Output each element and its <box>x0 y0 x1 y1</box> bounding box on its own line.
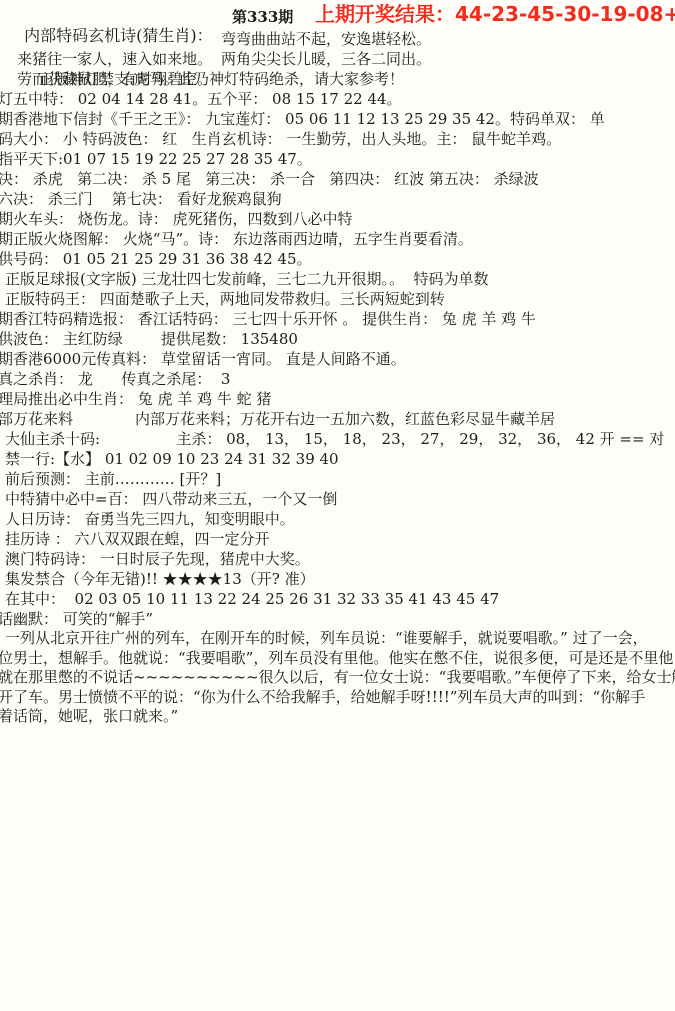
tip-line-huochetou: 期火车头： 烧伤龙。诗： 虎死猪伤，四数到八必中特 <box>0 209 675 229</box>
tip-line-huoshao: 期正版火烧图解： 火烧“马”。诗： 东边落雨西边晴，五字生肖要看清。 <box>0 229 675 249</box>
poem-right-1: 弯弯曲曲站不起，安逸堪轻松。 <box>221 29 431 49</box>
tip-line-daxian-shashima: 大仙主杀十码: 主杀： 08， 13， 15， 18， 23， 27， 29， … <box>5 429 675 449</box>
joke-line: 一列从北京开往广州的列车，在刚开车的时候，列车员说：“谁要解手，就说要唱歌。” … <box>5 629 675 649</box>
joke-line: 就在那里憋的不说话~~~~~~~~~~很久以后，有一位女士说：“我要唱歌。”车便… <box>0 668 675 688</box>
header-row: 内部特码玄机诗(猜生肖)： 第333期 上期开奖结果：44-23-45-30-1… <box>5 3 675 29</box>
poem-row: 劳而获藏鼠胆，有时翔碧空。 两角尖尖长儿暖，三各二同出。 <box>0 49 675 69</box>
issue-number: 第333期 <box>232 6 293 28</box>
lottery-tip-sheet: 内部特码玄机诗(猜生肖)： 第333期 上期开奖结果：44-23-45-30-1… <box>0 0 675 727</box>
tip-line-aomen: 澳门特码诗： 一日时辰子先现，猪虎中大奖。 <box>5 549 675 569</box>
tip-line-renrili: 人日历诗： 奋勇当先三四九，知变明眼中。 <box>5 509 675 529</box>
joke-line: 位男士，想解手。他就说：“我要唱歌”，列车员没有里他。他实在憋不住，说很多便，可… <box>0 649 675 669</box>
last-draw-result: 上期开奖结果：44-23-45-30-19-08+26 <box>315 3 675 25</box>
poem-row: 来猪往一家人，速入如来地。 弯弯曲曲站不起，安逸堪轻松。 <box>0 29 675 49</box>
tip-line-chuanzhen: 期香港6000元传真料： 草堂留话一宵同。 直是人间路不通。 <box>0 349 675 369</box>
tip-line-wanhua: 部万花来料 内部万花来料；万花开右边一五加六数，红蓝色彩尽显牛藏羊居 <box>0 409 675 429</box>
tip-line-gualishi: 挂历诗 ： 六八双双跟在蝗，四一定分开 <box>5 529 675 549</box>
tip-line-gonghaoma: 供号码： 01 05 21 25 29 31 36 38 42 45。 <box>0 249 675 269</box>
tip-line-qianhou: 前后预测： 主前………… [开？] <box>5 469 675 489</box>
joke-paragraph: 一列从北京开往广州的列车，在刚开车的时候，列车员说：“谁要解手，就说要唱歌。” … <box>5 629 675 727</box>
tip-line-shaxiao-shawei: 真之杀肖： 龙 传真之杀尾： 3 <box>0 369 675 389</box>
tip-line-shendeng: 正版神灯禁支:虎马。此乃神灯特码绝杀，请大家参考！ <box>5 69 675 89</box>
tip-line-jinyihang: 禁一行:【水】 01 02 09 10 23 24 31 32 39 40 <box>5 449 675 469</box>
tip-line-pingtianxia: 指平天下:01 07 15 19 22 25 27 28 35 47。 <box>0 149 675 169</box>
joke-line: 着话筒，她呢，张口就来。” <box>0 707 675 727</box>
tip-line-zhongte-bai: 中特猜中必中=百： 四八带动来三五，一个又一倒 <box>5 489 675 509</box>
tip-line-jue-1-5: 决： 杀虎 第二决： 杀 5 尾 第三决： 杀一合 第四决： 红波 第五决： 杀… <box>0 169 675 189</box>
tip-line-daxiao-bose: 码大小： 小 特码波色： 红 生肖玄机诗： 一生勤劳，出人头地。主： 鼠牛蛇羊鸡… <box>0 129 675 149</box>
tip-line-zaiqizhong-numbers: 在其中： 02 03 05 10 11 13 22 24 25 26 31 32… <box>5 589 675 609</box>
poem-right-2: 两角尖尖长儿暖，三各二同出。 <box>221 49 431 69</box>
joke-line: 开了车。男士愤愤不平的说：“你为什么不给我解手，给她解手呀!!!!”列车员大声的… <box>0 688 675 708</box>
tip-line-tematwang: 正版特码王： 四面楚歌子上天，两地同发带救归。三长两短蛇到转 <box>5 289 675 309</box>
joke-title: 话幽默： 可笑的“解手” <box>0 609 675 629</box>
tip-line-jue-6-7: 六决： 杀三门 第七决： 看好龙猴鸡鼠狗 <box>0 189 675 209</box>
tip-line-zuqiubao: 正版足球报(文字版) 三龙壮四七发前峰，三七二九开很期。。 特码为单数 <box>5 269 675 289</box>
tip-line-wuzhongte: 灯五中特： 02 04 14 28 41。五个平： 08 15 17 22 44… <box>0 89 675 109</box>
tip-line-xiangjiang: 期香江特码精选报： 香江话特码： 三七四十乐开怀 。 提供生肖： 兔 虎 羊 鸡… <box>0 309 675 329</box>
tip-line-jifa-stars: 集发禁合（今年无错)!! ★★★★13（开? 准） <box>5 569 675 589</box>
tip-line-liju-shengxiao: 理局推出必中生肖： 兔 虎 羊 鸡 牛 蛇 猪 <box>0 389 675 409</box>
tip-line-bose-weishu: 供波色： 主红防绿 提供尾数： 135480 <box>0 329 675 349</box>
tip-line-xinfeng: 期香港地下信封《千王之王》： 九宝莲灯： 05 06 11 12 13 25 2… <box>0 109 675 129</box>
